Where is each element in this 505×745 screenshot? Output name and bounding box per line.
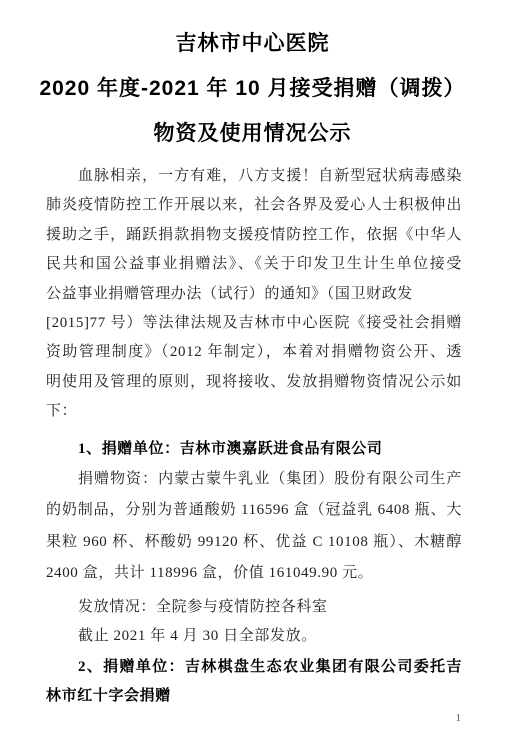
body-line: 下： (46, 397, 462, 426)
body-line: 2400 盒，共计 118996 盒，价值 161049.90 元。 (46, 558, 462, 590)
body-line: 果粒 960 杯、杯酸奶 99120 杯、优益 C 10108 瓶）、木糖醇 (46, 527, 462, 559)
body-line: 资助管理制度》（2012 年制定），本着对捐赠物资公开、透 (46, 338, 462, 367)
document-body: 血脉相亲，一方有难，八方支援！自新型冠状病毒感染 肺炎疫情防控工作开展以来，社会… (46, 162, 462, 711)
body-line: 截止 2021 年 4 月 30 日全部发放。 (46, 622, 462, 651)
body-line: 林市红十字会捐赠 (46, 682, 462, 711)
title-line-3: 物资及使用情况公示 (0, 111, 505, 156)
body-line: 发放情况：全院参与疫情防控各科室 (46, 593, 462, 622)
section-1-heading: 1、捐赠单位：吉林市澳嘉跃进食品有限公司 (46, 435, 462, 464)
body-line: 捐赠物资：内蒙古蒙牛乳业（集团）股份有限公司生产 (46, 464, 462, 496)
title-line-1: 吉林市中心医院 (0, 21, 505, 66)
body-line: 援助之手，踊跃捐款捐物支援疫情防控工作，依据《中华人 (46, 221, 462, 250)
body-line: 公益事业捐赠管理办法（试行）的通知》（国卫财政发 (46, 280, 462, 309)
page-number: 1 (456, 711, 462, 725)
document-page: 吉林市中心医院 2020 年度-2021 年 10 月接受捐赠（调拨） 物资及使… (0, 0, 505, 745)
document-title: 吉林市中心医院 2020 年度-2021 年 10 月接受捐赠（调拨） 物资及使… (0, 0, 505, 156)
title-line-2: 2020 年度-2021 年 10 月接受捐赠（调拨） (0, 66, 505, 111)
body-line: 明使用及管理的原则，现将接收、发放捐赠物资情况公示如 (46, 368, 462, 397)
body-line: 血脉相亲，一方有难，八方支援！自新型冠状病毒感染 (46, 162, 462, 191)
body-line: 的奶制品，分别为普通酸奶 116596 盒（冠益乳 6408 瓶、大 (46, 495, 462, 527)
body-line: 肺炎疫情防控工作开展以来，社会各界及爱心人士积极伸出 (46, 191, 462, 220)
section-2-heading: 2、捐赠单位：吉林棋盘生态农业集团有限公司委托吉 (46, 653, 462, 682)
body-line: [2015]77 号）等法律法规及吉林市中心医院《接受社会捐赠 (46, 309, 462, 338)
body-line: 民共和国公益事业捐赠法》、《关于印发卫生计生单位接受 (46, 250, 462, 279)
